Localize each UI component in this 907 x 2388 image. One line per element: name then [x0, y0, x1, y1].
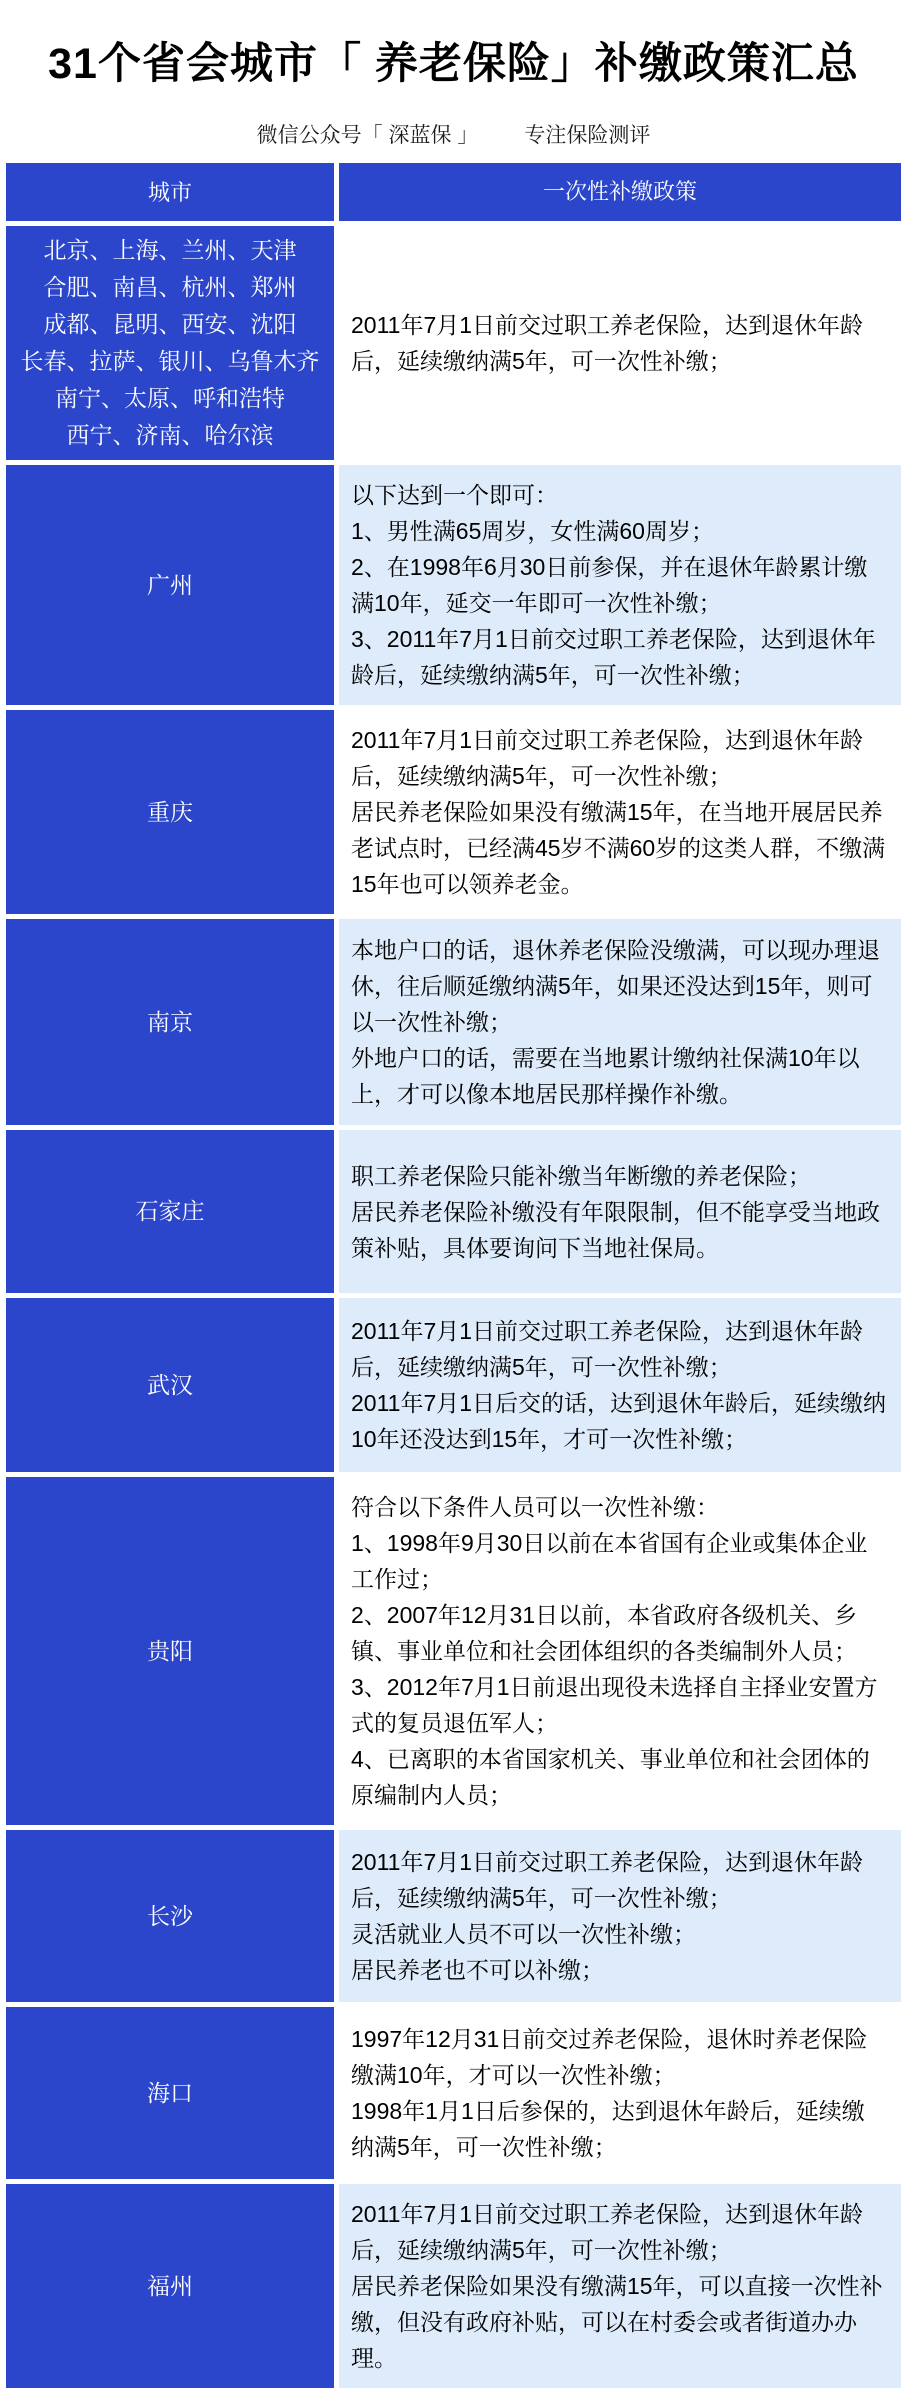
- table-row: 北京、上海、兰州、天津 合肥、南昌、杭州、郑州 成都、昆明、西安、沈阳 长春、拉…: [6, 226, 901, 460]
- subtitle-wechat-account: 微信公众号「 深蓝保 」: [257, 119, 479, 149]
- table-row: 贵阳 符合以下条件人员可以一次性补缴： 1、1998年9月30日以前在本省国有企…: [6, 1477, 901, 1825]
- column-header-city: 城市: [6, 163, 334, 221]
- subtitle: 微信公众号「 深蓝保 」 专注保险测评: [0, 119, 907, 149]
- table-row: 海口 1997年12月31日前交过养老保险，退休时养老保险缴满10年，才可以一次…: [6, 2007, 901, 2179]
- policy-table: 城市 一次性补缴政策 北京、上海、兰州、天津 合肥、南昌、杭州、郑州 成都、昆明…: [6, 163, 901, 2388]
- policy-cell: 2011年7月1日前交过职工养老保险，达到退休年龄后，延续缴纳满5年，可一次性补…: [339, 226, 901, 460]
- policy-cell: 本地户口的话，退休养老保险没缴满，可以现办理退休，往后顺延缴纳满5年，如果还没达…: [339, 919, 901, 1125]
- city-cell: 石家庄: [6, 1130, 334, 1293]
- table-row: 福州 2011年7月1日前交过职工养老保险，达到退休年龄后，延续缴纳满5年，可一…: [6, 2184, 901, 2388]
- city-cell: 长沙: [6, 1830, 334, 2002]
- table-row: 重庆 2011年7月1日前交过职工养老保险，达到退休年龄后，延续缴纳满5年，可一…: [6, 710, 901, 914]
- policy-cell: 2011年7月1日前交过职工养老保险，达到退休年龄后，延续缴纳满5年，可一次性补…: [339, 2184, 901, 2388]
- policy-cell: 以下达到一个即可： 1、男性满65周岁，女性满60周岁； 2、在1998年6月3…: [339, 465, 901, 705]
- city-cell: 重庆: [6, 710, 334, 914]
- city-cell: 海口: [6, 2007, 334, 2179]
- policy-cell: 符合以下条件人员可以一次性补缴： 1、1998年9月30日以前在本省国有企业或集…: [339, 1477, 901, 1825]
- city-cell: 福州: [6, 2184, 334, 2388]
- policy-cell: 1997年12月31日前交过养老保险，退休时养老保险缴满10年，才可以一次性补缴…: [339, 2007, 901, 2179]
- policy-cell: 2011年7月1日前交过职工养老保险，达到退休年龄后，延续缴纳满5年，可一次性补…: [339, 1298, 901, 1472]
- column-header-policy: 一次性补缴政策: [339, 163, 901, 221]
- table-row: 武汉 2011年7月1日前交过职工养老保险，达到退休年龄后，延续缴纳满5年，可一…: [6, 1298, 901, 1472]
- city-cell: 贵阳: [6, 1477, 334, 1825]
- subtitle-tagline: 专注保险测评: [524, 119, 650, 149]
- city-cell: 广州: [6, 465, 334, 705]
- policy-cell: 职工养老保险只能补缴当年断缴的养老保险； 居民养老保险补缴没有年限限制，但不能享…: [339, 1130, 901, 1293]
- page-title: 31个省会城市「 养老保险」补缴政策汇总: [0, 29, 907, 91]
- table-row: 广州 以下达到一个即可： 1、男性满65周岁，女性满60周岁； 2、在1998年…: [6, 465, 901, 705]
- table-row: 石家庄 职工养老保险只能补缴当年断缴的养老保险； 居民养老保险补缴没有年限限制，…: [6, 1130, 901, 1293]
- policy-cell: 2011年7月1日前交过职工养老保险，达到退休年龄后，延续缴纳满5年，可一次性补…: [339, 710, 901, 914]
- table-row: 长沙 2011年7月1日前交过职工养老保险，达到退休年龄后，延续缴纳满5年，可一…: [6, 1830, 901, 2002]
- city-cell: 武汉: [6, 1298, 334, 1472]
- policy-cell: 2011年7月1日前交过职工养老保险，达到退休年龄后，延续缴纳满5年，可一次性补…: [339, 1830, 901, 2002]
- city-cell: 北京、上海、兰州、天津 合肥、南昌、杭州、郑州 成都、昆明、西安、沈阳 长春、拉…: [6, 226, 334, 460]
- table-header-row: 城市 一次性补缴政策: [6, 163, 901, 221]
- table-row: 南京 本地户口的话，退休养老保险没缴满，可以现办理退休，往后顺延缴纳满5年，如果…: [6, 919, 901, 1125]
- city-cell: 南京: [6, 919, 334, 1125]
